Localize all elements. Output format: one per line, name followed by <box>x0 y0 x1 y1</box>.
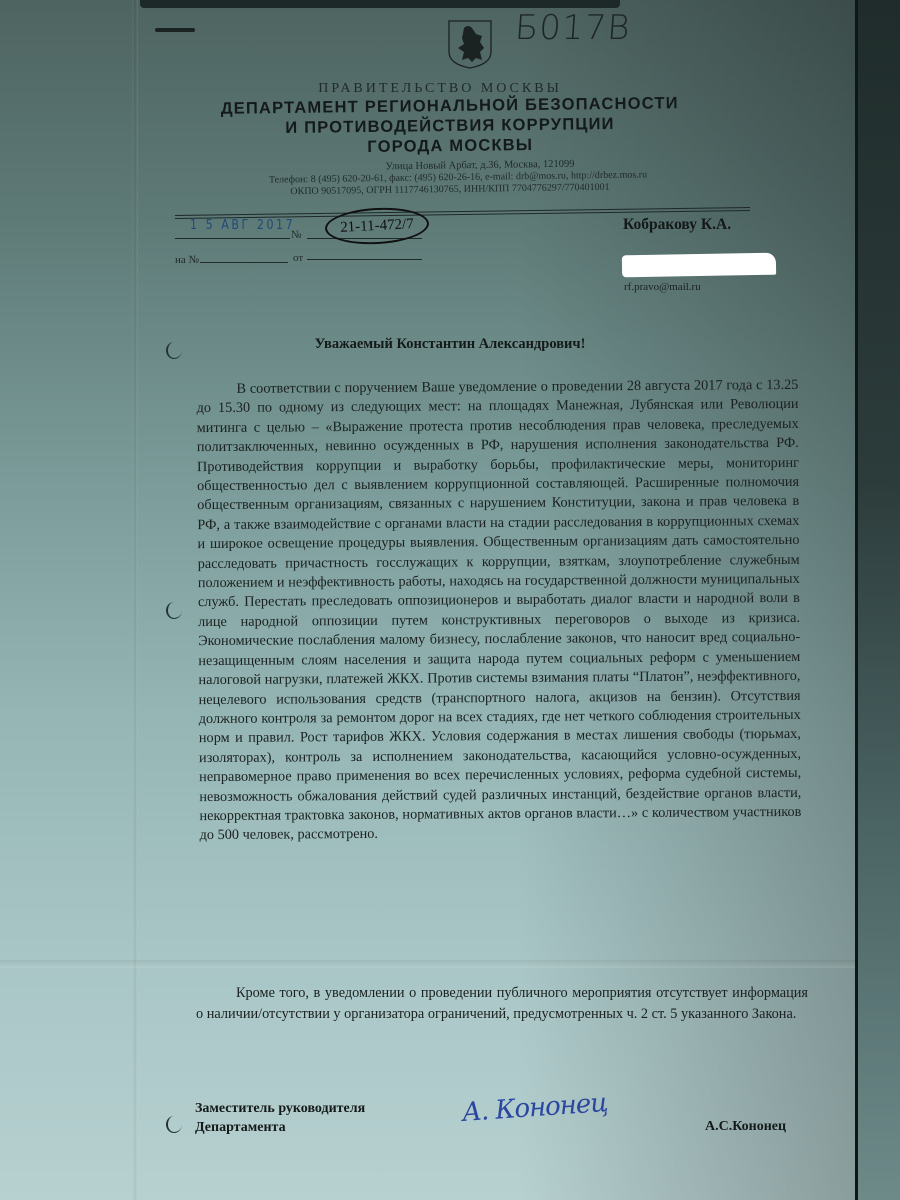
registration-number: 21-11-472/7 <box>324 205 430 246</box>
signer-title: Заместитель руководителя Департамента <box>195 1099 365 1137</box>
date-underline <box>175 238 290 239</box>
reference-number-label: на № <box>175 254 199 266</box>
letter-content: Б017В ПРАВИТЕЛЬСТВО МОСКВЫ ДЕПАРТАМЕНТ Р… <box>0 0 900 1200</box>
recipient-name: Кобракову К.А. <box>623 216 731 234</box>
punch-hole-icon <box>166 602 182 619</box>
punch-hole-icon <box>166 342 182 359</box>
reference-underline <box>200 262 288 263</box>
redacted-address <box>622 253 776 278</box>
punch-hole-icon <box>166 1116 182 1133</box>
body-paragraph-main: В соответствии с поручением Ваше уведомл… <box>196 376 801 846</box>
greeting: Уважаемый Константин Александрович! <box>0 336 900 353</box>
signer-name: А.С.Кононец <box>705 1119 786 1135</box>
handwritten-signature: А. Кононец <box>461 1088 608 1128</box>
government-name: ПРАВИТЕЛЬСТВО МОСКВЫ <box>0 81 880 97</box>
body-paragraph-additional: Кроме того, в уведомлении о проведении п… <box>196 983 808 1025</box>
number-label: № <box>291 229 302 241</box>
department-title: ДЕПАРТАМЕНТ РЕГИОНАЛЬНОЙ БЕЗОПАСНОСТИ И … <box>170 93 731 160</box>
moscow-coat-of-arms-icon <box>446 18 494 70</box>
handwritten-code: Б017В <box>514 8 632 48</box>
from-underline <box>307 259 422 260</box>
recipient-email: rf.pravo@mail.ru <box>624 281 701 293</box>
date-stamp: 1 5 АВГ 2017 <box>190 218 295 233</box>
from-label: от <box>293 252 303 264</box>
